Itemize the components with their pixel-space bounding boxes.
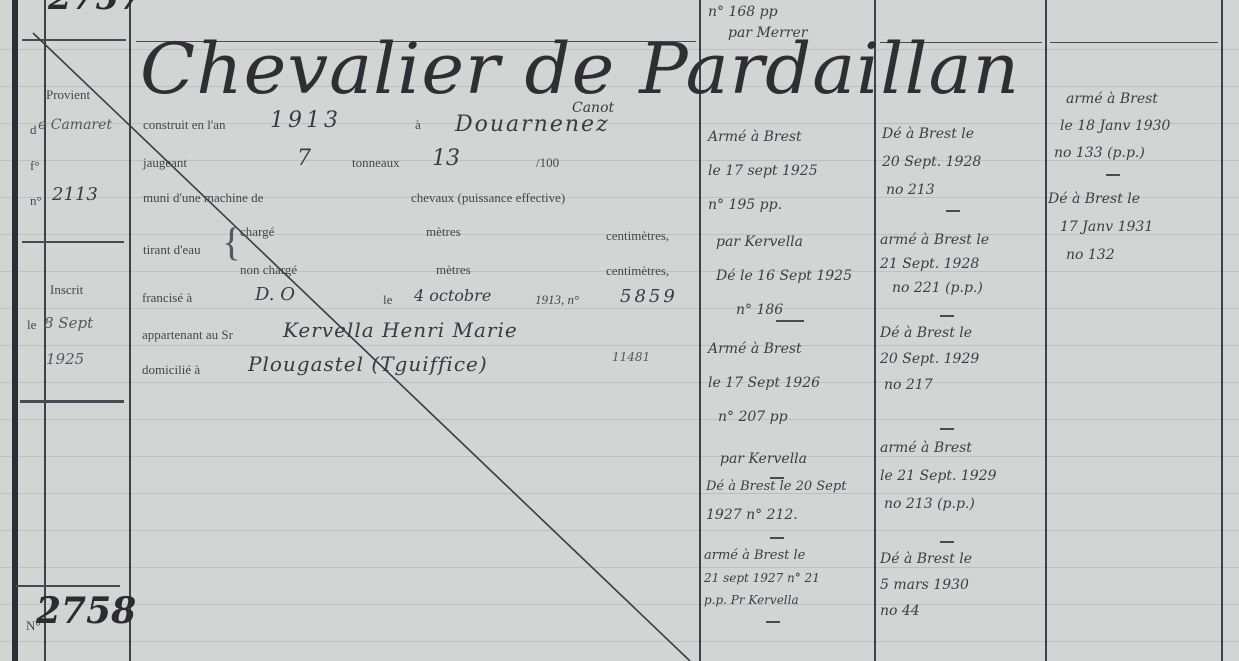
annotation-line: Dé à Brest le bbox=[880, 320, 979, 346]
annotation-col2-entry-3: Dé à Brest le 20 Sept. 1929 no 217 bbox=[880, 320, 979, 398]
entry-separator bbox=[766, 621, 780, 623]
construit-a-label: à bbox=[415, 117, 421, 133]
annotation-line: n° 195 pp. bbox=[708, 188, 818, 222]
construit-place: Douarnenez bbox=[455, 112, 610, 137]
annotation-col1-entry-2: Armé à Brest le 17 sept 1925 n° 195 pp. bbox=[708, 120, 818, 222]
annotation-line: armé à Brest le bbox=[704, 545, 820, 567]
entry-separator bbox=[770, 477, 784, 479]
annotation-line: le 21 Sept. 1929 bbox=[880, 462, 996, 490]
tirant-brace: { bbox=[222, 222, 241, 262]
annotation-line: no 213 (p.p.) bbox=[884, 490, 996, 518]
annotation-line: n° 168 pp bbox=[708, 2, 807, 23]
provient-label: Provient bbox=[46, 87, 90, 103]
annotation-line: 17 Janv 1931 bbox=[1060, 213, 1153, 241]
inscrit-date-line2: 1925 bbox=[46, 350, 84, 368]
annotation-line: Dé à Brest le bbox=[882, 120, 981, 148]
metres-label-non-charge: mètres bbox=[436, 262, 471, 278]
tonneaux-value: 13 bbox=[432, 146, 460, 171]
annotation-col3-entry-2: Dé à Brest le 17 Janv 1931 no 132 bbox=[1048, 185, 1153, 269]
top-registry-number: 2757 bbox=[48, 0, 143, 18]
chevaux-label: chevaux (puissance effective) bbox=[411, 190, 565, 206]
annotation-line: armé à Brest le bbox=[880, 228, 989, 252]
annotation-line: no 221 (p.p.) bbox=[892, 276, 989, 300]
inscrit-label: Inscrit bbox=[50, 282, 83, 298]
annotation-line: le 17 Sept 1926 bbox=[708, 366, 820, 400]
registry-page: 2757 N° 2758 Chevalier de Pardaillan Pro… bbox=[0, 0, 1239, 661]
charge-label: chargé bbox=[240, 224, 274, 240]
annotation-line: no 44 bbox=[880, 598, 972, 624]
construit-label: construit en l'an bbox=[143, 117, 226, 133]
inscrit-le-label: le bbox=[27, 317, 36, 333]
tirant-label: tirant d'eau bbox=[143, 242, 201, 258]
vessel-name: Chevalier de Pardaillan bbox=[140, 28, 1020, 110]
annotation-line: no 132 bbox=[1066, 241, 1153, 269]
francise-year: 1913, n° bbox=[535, 292, 579, 308]
francise-label: francisé à bbox=[142, 290, 192, 306]
entry-separator bbox=[940, 541, 954, 543]
annotation-line: no 213 bbox=[886, 176, 981, 204]
annotation-line: no 217 bbox=[884, 372, 979, 398]
annotation-line: 20 Sept. 1929 bbox=[880, 346, 979, 372]
annotation-line: Dé à Brest le bbox=[1048, 185, 1153, 213]
entry-separator bbox=[776, 320, 804, 322]
annotation-line: armé à Brest bbox=[1066, 86, 1170, 113]
hundredths-label: /100 bbox=[536, 155, 559, 171]
metres-label-charge: mètres bbox=[426, 224, 461, 240]
annotation-col2-entry-2: armé à Brest le 21 Sept. 1928 no 221 (p.… bbox=[880, 228, 989, 300]
provient-value: e Camaret bbox=[38, 117, 112, 133]
annotation-line: par Kervella bbox=[716, 225, 852, 259]
annotation-line: 21 Sept. 1928 bbox=[880, 252, 989, 276]
annotation-line: n° 207 pp bbox=[718, 400, 820, 434]
annotation-line: 5 mars 1930 bbox=[880, 572, 972, 598]
annotation-col1-entry-6: armé à Brest le 21 sept 1927 n° 21 p.p. … bbox=[704, 545, 820, 611]
annotation-col1-entry-5: par Kervella Dé à Brest le 20 Sept 1927 … bbox=[706, 445, 846, 529]
annotation-line: p.p. Pr Kervella bbox=[704, 589, 820, 611]
provient-prefix: d bbox=[30, 122, 37, 138]
annotation-line: par Kervella bbox=[720, 445, 846, 473]
francise-number: 5859 bbox=[620, 286, 678, 307]
francise-le-label: le bbox=[383, 292, 392, 308]
machine-label: muni d'une machine de bbox=[143, 190, 263, 206]
owner-number: 11481 bbox=[612, 350, 650, 364]
number-label: n° bbox=[30, 193, 42, 209]
annotation-line: Armé à Brest bbox=[708, 332, 820, 366]
annotation-line: 21 sept 1927 n° 21 bbox=[704, 567, 820, 589]
annotation-line: armé à Brest bbox=[880, 434, 996, 462]
jaugeant-value: 7 bbox=[297, 146, 311, 171]
appartenant-label: appartenant au Sr bbox=[142, 327, 233, 343]
folio-label: f° bbox=[30, 158, 40, 174]
centimetres-label-non-charge: centimètres, bbox=[606, 263, 669, 279]
annotation-col1-entry-3: par Kervella Dé le 16 Sept 1925 n° 186 bbox=[716, 225, 852, 327]
entry-separator bbox=[946, 210, 960, 212]
inscrit-date-line1: 8 Sept bbox=[44, 314, 93, 332]
annotation-col2-entry-1: Dé à Brest le 20 Sept. 1928 no 213 bbox=[882, 120, 981, 204]
francise-place: D. O bbox=[255, 284, 295, 305]
non-charge-label: non chargé bbox=[240, 262, 297, 278]
annotation-line: Dé le 16 Sept 1925 bbox=[716, 259, 852, 293]
annotation-col3-entry-1: armé à Brest le 18 Janv 1930 no 133 (p.p… bbox=[1060, 86, 1170, 167]
domicile: Plougastel (Tguiffice) bbox=[248, 352, 488, 376]
annotation-col1-entry-4: Armé à Brest le 17 Sept 1926 n° 207 pp bbox=[708, 332, 820, 434]
entry-separator bbox=[940, 428, 954, 430]
entry-separator bbox=[940, 315, 954, 317]
jaugeant-label: jaugeant bbox=[143, 155, 187, 171]
number-value: 2113 bbox=[52, 184, 98, 205]
annotation-line: Dé à Brest le bbox=[880, 546, 972, 572]
tonneaux-label: tonneaux bbox=[352, 155, 400, 171]
annotation-line: le 17 sept 1925 bbox=[708, 154, 818, 188]
annotation-col1-entry-1: n° 168 pp par Merrer bbox=[708, 2, 807, 44]
francise-date: 4 octobre bbox=[414, 286, 491, 305]
annotation-line: 1927 n° 212. bbox=[706, 501, 846, 529]
bottom-registry-number: 2758 bbox=[36, 590, 136, 632]
annotation-line: le 18 Janv 1930 bbox=[1060, 113, 1170, 140]
construit-year: 1913 bbox=[270, 108, 342, 133]
annotation-col2-entry-4: armé à Brest le 21 Sept. 1929 no 213 (p.… bbox=[880, 434, 996, 518]
annotation-line: par Merrer bbox=[728, 23, 807, 44]
owner-name: Kervella Henri Marie bbox=[283, 318, 518, 342]
entry-separator bbox=[770, 537, 784, 539]
entry-separator bbox=[1106, 174, 1120, 176]
domicilie-label: domicilié à bbox=[142, 362, 200, 378]
annotation-col2-entry-5: Dé à Brest le 5 mars 1930 no 44 bbox=[880, 546, 972, 624]
annotation-line: 20 Sept. 1928 bbox=[882, 148, 981, 176]
annotation-line: Armé à Brest bbox=[708, 120, 818, 154]
annotation-line: no 133 (p.p.) bbox=[1054, 140, 1170, 167]
centimetres-label-charge: centimètres, bbox=[606, 228, 669, 244]
